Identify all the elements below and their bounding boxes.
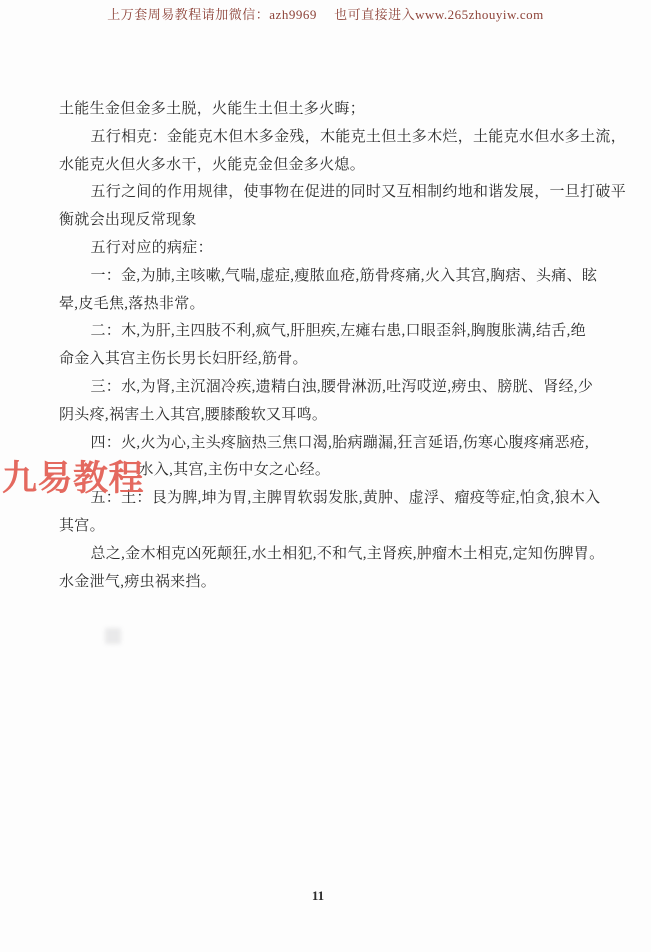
text-line: 命金入其宫主伤长男长妇肝经,筋骨。 [59, 346, 595, 374]
text-line: 五行之间的作用规律，使事物在促进的同时又互相制约地和谐发展，一旦打破平 [59, 179, 595, 207]
text-line: 一：金,为肺,主咳嗽,气喘,虚症,瘦脓血疮,筋骨疼痛,火入其宫,胸痞、头痛、眩 [59, 263, 595, 291]
text-line: 阴头疼,祸害土入其宫,腰膝酸软又耳鸣。 [59, 402, 595, 430]
text-line: 五行相克：金能克木但木多金残，木能克土但土多木烂，土能克水但水多土流， [59, 124, 595, 152]
header-promo-text: 上万套周易教程请加微信：azh9969 也可直接进入www.265zhouyiw… [0, 4, 651, 23]
text-line: 水能克火但火多水干，火能克金但金多火熄。 [59, 152, 595, 180]
text-line: 其宫。 [59, 513, 595, 541]
text-line: 总之,金木相克凶死颠狂,水土相犯,不和气,主肾疾,肿瘤木土相克,定知伤脾胃。 [59, 541, 595, 569]
text-line: 水金泄气,痨虫祸来挡。 [59, 569, 595, 597]
document-body: 土能生金但金多土脱，火能生土但土多火晦； 五行相克：金能克木但木多金残，木能克土… [59, 96, 595, 596]
text-line-partially-covered: 水入,其宫,主伤中女之心经。 [59, 457, 595, 485]
text-line: 二：木,为肝,主四肢不利,疯气,肝胆疾,左瘫右患,口眼歪斜,胸腹胀满,结舌,绝 [59, 318, 595, 346]
text-line: 晕,皮毛焦,落热非常。 [59, 291, 595, 319]
scan-smudge-artifact [105, 628, 121, 644]
text-line: 衡就会出现反常现象 [59, 207, 595, 235]
text-line: 四：火,火为心,主头疼脑热三焦口渴,胎病蹦漏,狂言延语,伤寒心腹疼痛恶疮, [59, 430, 595, 458]
text-line: 土能生金但金多土脱，火能生土但土多火晦； [59, 96, 595, 124]
text-line: 三：水,为肾,主沉涸冷疾,遗精白浊,腰骨淋沥,吐泻哎逆,痨虫、膀胱、肾经,少 [59, 374, 595, 402]
text-line: 五行对应的病症： [59, 235, 595, 263]
scanned-document-page: { "page": { "header_text": "上万套周易教程请加微信：… [0, 0, 651, 952]
page-number: 11 [0, 888, 636, 904]
text-line: 五：土：艮为脾,坤为胃,主脾胃软弱发胀,黄肿、虚浮、瘤疫等症,怕贪,狼木入 [59, 485, 595, 513]
